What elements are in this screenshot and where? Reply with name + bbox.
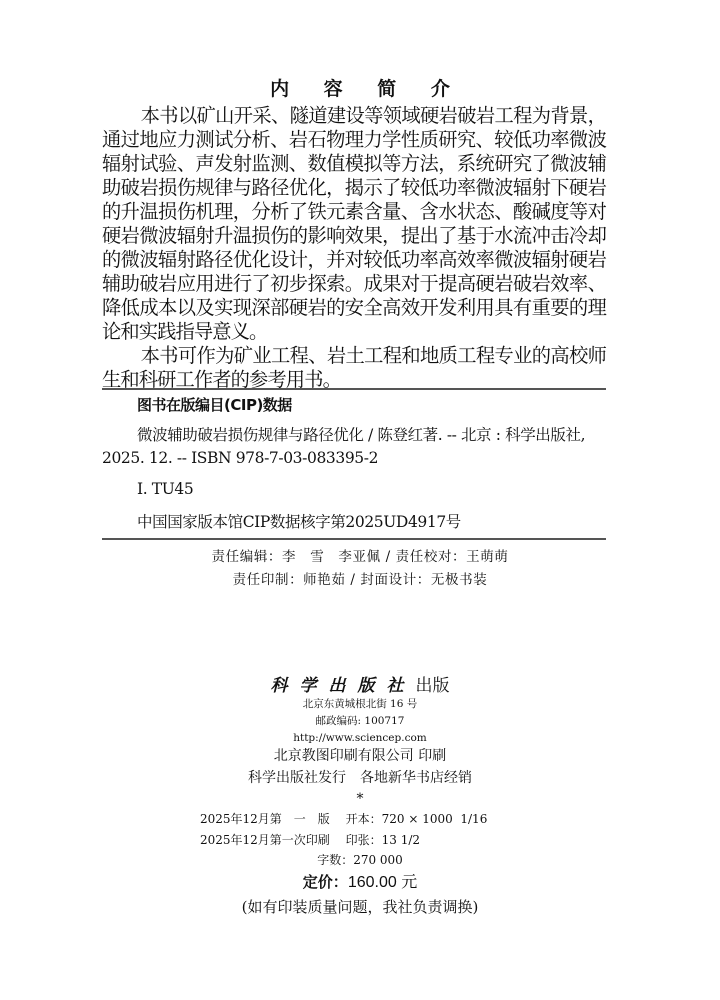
production-credits: 责任印制：师艳茹 / 封面设计：无极书装 (0, 569, 720, 592)
summary-paragraph: 本书以矿山开采、隧道建设等领域硬岩破岩工程为背景，通过地应力测试分析、岩石物理力… (102, 104, 606, 344)
printing-line: 2025年12月第一次印刷 印张：13 1/2 (200, 830, 420, 850)
publisher-line: 科学出版社出版 (0, 671, 720, 696)
price-value: 160.00 元 (348, 874, 417, 891)
publisher-website: http://www.sciencep.com (0, 730, 720, 746)
cip-approval-text: 中国国家版本馆CIP数据核字第2025UD4917号 (102, 511, 606, 534)
publisher-postcode: 邮政编码: 100717 (0, 713, 720, 729)
summary-title: 内 容 简 介 (0, 74, 720, 101)
cip-bottom-divider (102, 538, 606, 540)
quality-notice: (如有印装质量问题，我社负责调换) (0, 896, 720, 917)
cip-record-text: 微波辅助破岩损伤规律与路径优化 / 陈登红著. -- 北京 : 科学出版社, 2… (102, 424, 606, 470)
cip-approval: 中国国家版本馆CIP数据核字第2025UD4917号 (102, 511, 606, 534)
publisher-address: 北京东黄城根北街 16 号 (0, 696, 720, 712)
summary-body: 本书以矿山开采、隧道建设等领域硬岩破岩工程为背景，通过地应力测试分析、岩石物理力… (102, 104, 606, 392)
printer-line: 北京教图印刷有限公司 印刷 (0, 745, 720, 767)
summary-paragraph: 本书可作为矿业工程、岩土工程和地质工程专业的高校师生和科研工作者的参考用书。 (102, 344, 606, 392)
editor-credits: 责任编辑：李 雪 李亚佩 / 责任校对：王萌萌 (0, 546, 720, 569)
publisher-logo: 科学出版社 (271, 676, 416, 696)
cip-record: 微波辅助破岩损伤规律与路径优化 / 陈登红著. -- 北京 : 科学出版社, 2… (102, 424, 606, 470)
price-line: 定价：160.00 元 (0, 870, 720, 895)
cip-heading: 图书在版编目(CIP)数据 (137, 394, 292, 415)
publisher-suffix: 出版 (416, 676, 450, 696)
price-label: 定价： (303, 873, 348, 891)
distribution-line: 科学出版社发行 各地新华书店经销 (0, 767, 720, 789)
cip-classification-text: Ⅰ. TU45 (102, 478, 606, 501)
cip-classification: Ⅰ. TU45 (102, 478, 606, 501)
cip-top-divider (102, 388, 606, 390)
edition-line: 2025年12月第 一 版 开本：720 × 1000 1/16 (200, 809, 487, 829)
word-count: 字数：270 000 (0, 850, 720, 870)
separator-asterisk: * (0, 791, 720, 807)
